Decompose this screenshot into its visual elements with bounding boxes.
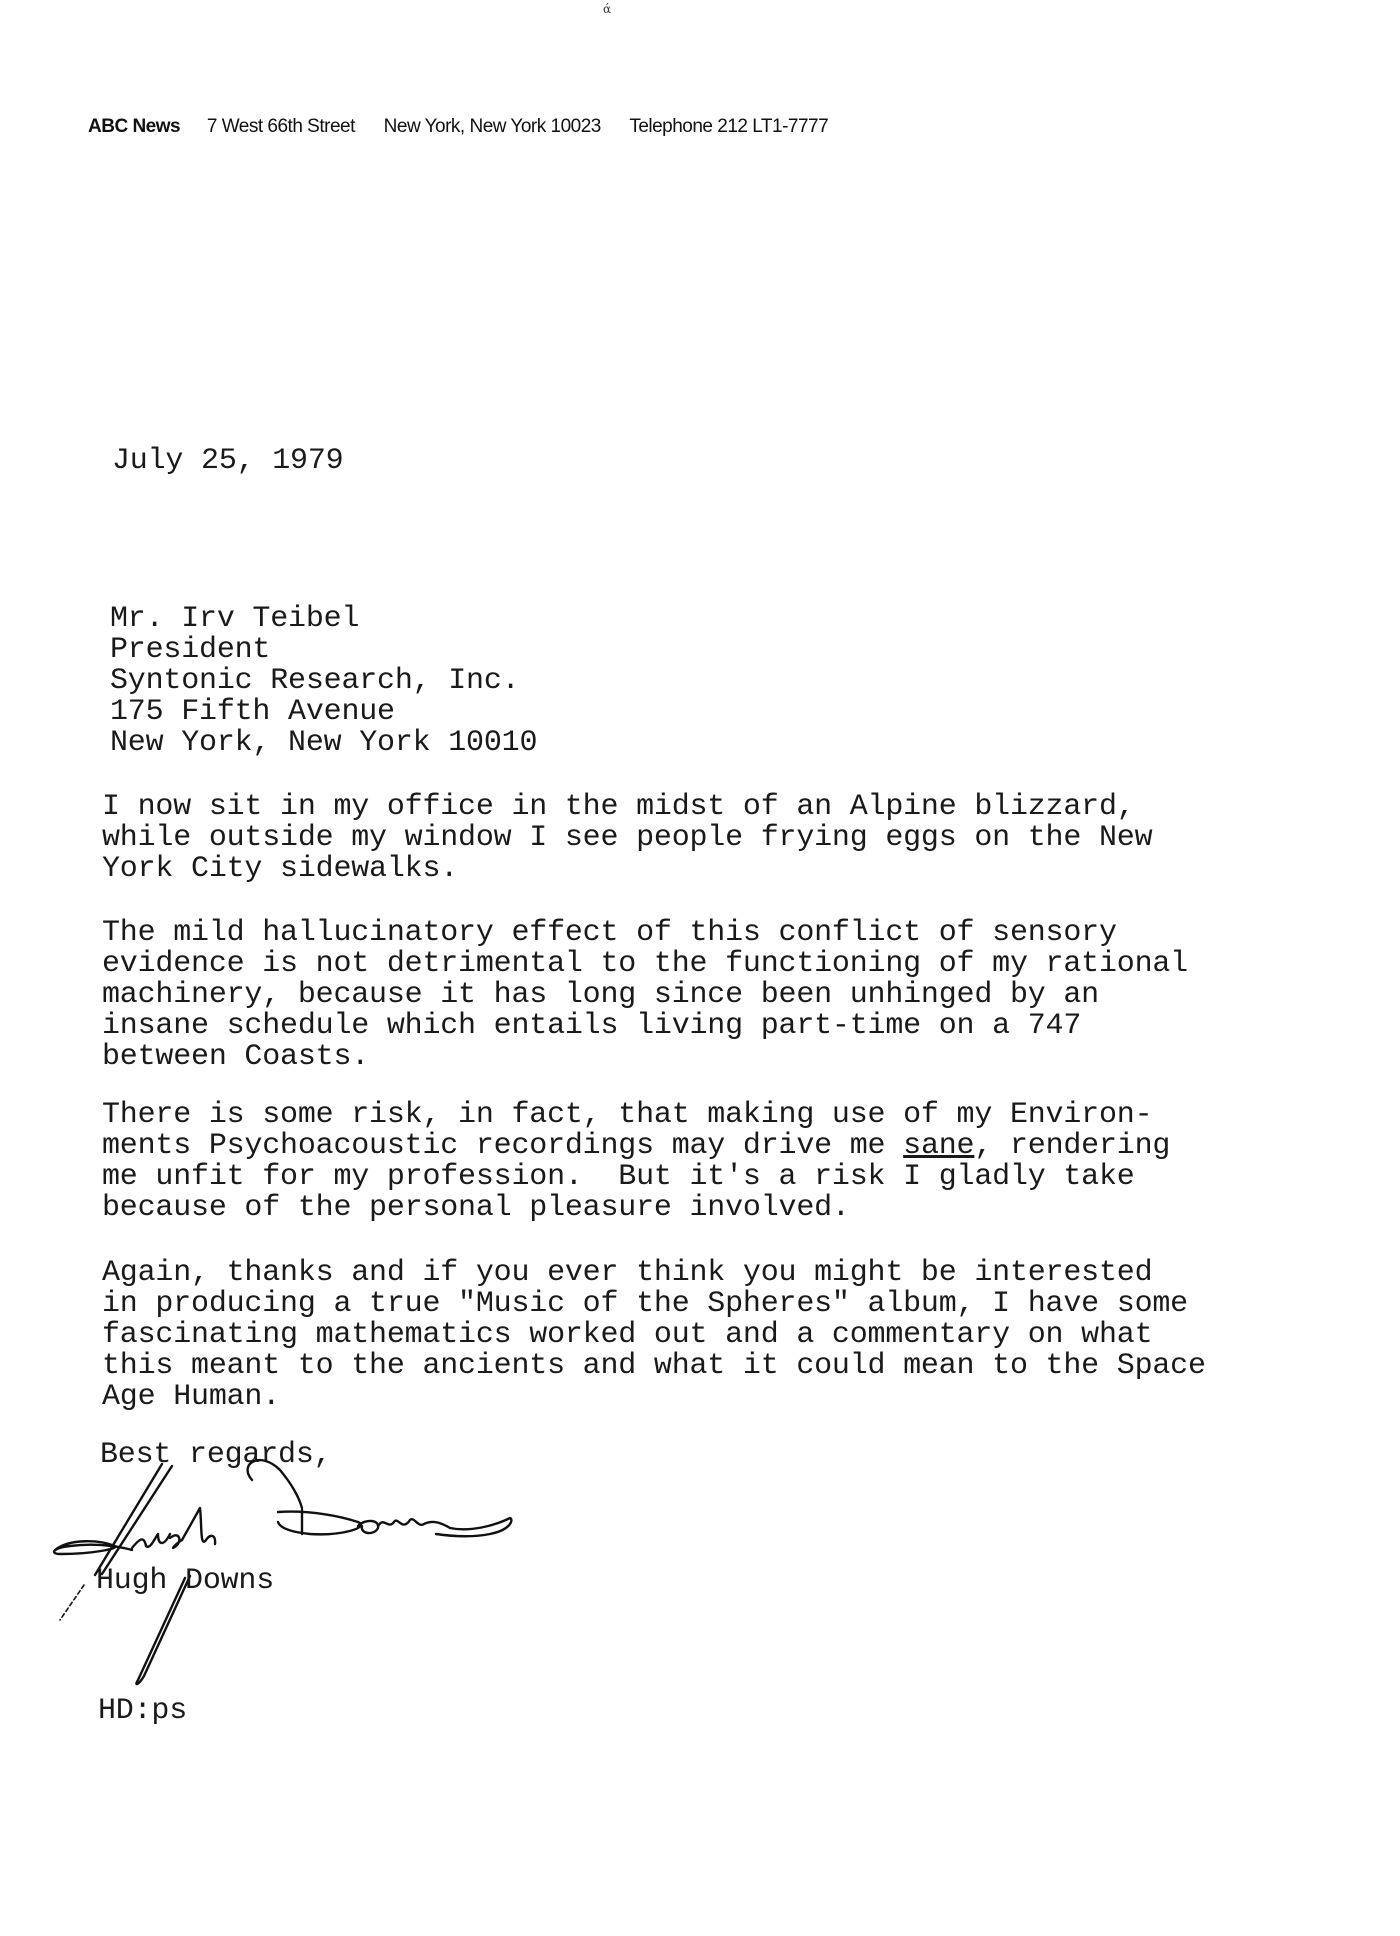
paragraph-2: The mild hallucinatory effect of this co…	[102, 918, 1302, 1073]
letter-page: ά ABC News 7 West 66th Street New York, …	[0, 0, 1400, 1936]
paragraph-line: There is some risk, in fact, that making…	[102, 1100, 1302, 1131]
typist-initials: HD:ps	[98, 1696, 187, 1727]
recipient-city: New York, New York 10010	[110, 728, 537, 759]
paragraph-line: because of the personal pleasure involve…	[102, 1193, 1302, 1224]
paragraph-3: There is some risk, in fact, that making…	[102, 1100, 1302, 1224]
paragraph-line: The mild hallucinatory effect of this co…	[102, 918, 1302, 949]
recipient-company: Syntonic Research, Inc.	[110, 666, 537, 697]
recipient-address: Mr. Irv Teibel President Syntonic Resear…	[110, 604, 537, 759]
paragraph-line: Again, thanks and if you ever think you …	[102, 1258, 1302, 1289]
paragraph-1: I now sit in my office in the midst of a…	[102, 792, 1302, 885]
underlined-word-sane: sane	[903, 1129, 974, 1163]
paragraph-line-segment: ments Psychoacoustic recordings may driv…	[102, 1129, 903, 1163]
paragraph-4: Again, thanks and if you ever think you …	[102, 1258, 1302, 1413]
letter-date: July 25, 1979	[112, 446, 343, 477]
paragraph-line: while outside my window I see people fry…	[102, 823, 1302, 854]
paragraph-line: Age Human.	[102, 1382, 1302, 1413]
letterhead: ABC News 7 West 66th Street New York, Ne…	[88, 116, 852, 138]
paragraph-line-segment: , rendering	[974, 1129, 1170, 1163]
paragraph-line: fascinating mathematics worked out and a…	[102, 1320, 1302, 1351]
letterhead-street: 7 West 66th Street	[207, 116, 355, 137]
letterhead-telephone: Telephone 212 LT1-7777	[629, 116, 828, 137]
paragraph-line: between Coasts.	[102, 1042, 1302, 1073]
signer-name: Hugh Downs	[96, 1566, 274, 1597]
scan-mark: ά	[603, 2, 611, 16]
recipient-title: President	[110, 635, 537, 666]
letterhead-city: New York, New York 10023	[384, 116, 601, 137]
recipient-street: 175 Fifth Avenue	[110, 697, 537, 728]
paragraph-line: in producing a true "Music of the Sphere…	[102, 1289, 1302, 1320]
paragraph-line: I now sit in my office in the midst of a…	[102, 792, 1302, 823]
paragraph-line: evidence is not detrimental to the funct…	[102, 949, 1302, 980]
paragraph-line: ments Psychoacoustic recordings may driv…	[102, 1131, 1302, 1162]
recipient-name: Mr. Irv Teibel	[110, 604, 537, 635]
paragraph-line: me unfit for my profession. But it's a r…	[102, 1162, 1302, 1193]
paragraph-line: machinery, because it has long since bee…	[102, 980, 1302, 1011]
paragraph-line: insane schedule which entails living par…	[102, 1011, 1302, 1042]
paragraph-line: this meant to the ancients and what it c…	[102, 1351, 1302, 1382]
letterhead-organization: ABC News	[88, 116, 180, 137]
paragraph-line: York City sidewalks.	[102, 854, 1302, 885]
